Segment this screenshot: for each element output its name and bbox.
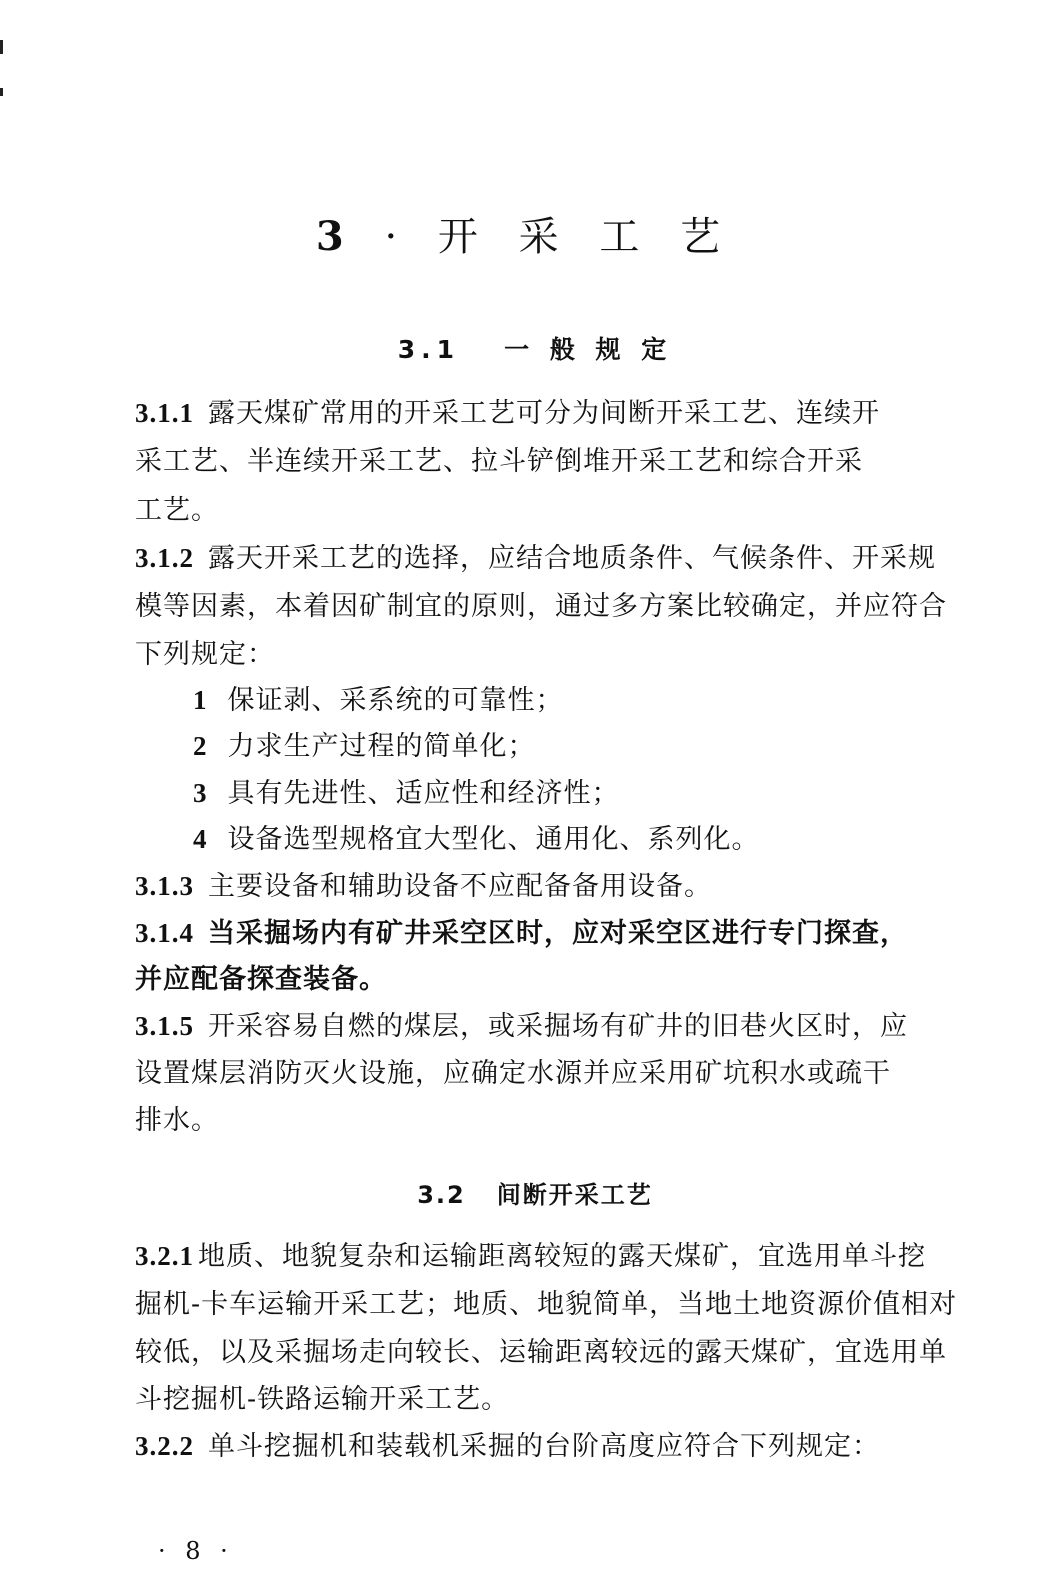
line-text: 模等因素，本着因矿制宜的原则，通过多方案比较确定，并应符合 — [135, 591, 947, 622]
page-number: · 8 · — [158, 1537, 234, 1565]
clause-number: 3.1.3 — [135, 871, 194, 901]
clause-3-1-3: 3.1.3主要设备和辅助设备不应配备备用设备。 — [135, 873, 712, 900]
section-title-3-2: 3.2 间断开采工艺 — [0, 1175, 1050, 1210]
clause-3-1-4: 3.1.4当采掘场内有矿井采空区时，应对采空区进行专门探查， — [135, 920, 908, 947]
paragraph-line: 较低，以及采掘场走向较长、运输距离较远的露天煤矿，宜选用单 — [135, 1339, 947, 1366]
list-item-text: 保证剥、采系统的可靠性； — [228, 685, 564, 716]
clause-number: 3.1.2 — [135, 543, 194, 573]
list-item: 1保证剥、采系统的可靠性； — [193, 687, 564, 714]
paragraph-line: 下列规定： — [135, 641, 275, 668]
clause-text: 地质、地貌复杂和运输距离较短的露天煤矿，宜选用单斗挖 — [198, 1241, 926, 1272]
clause-text: 主要设备和辅助设备不应配备备用设备。 — [208, 871, 712, 902]
line-text: 设置煤层消防灭火设施，应确定水源并应采用矿坑积水或疏干 — [135, 1058, 891, 1089]
paragraph-line: 斗挖掘机-铁路运输开采工艺。 — [135, 1386, 509, 1413]
paragraph-line: 排水。 — [135, 1107, 219, 1134]
line-text: 斗挖掘机-铁路运输开采工艺。 — [135, 1384, 509, 1415]
list-item: 2力求生产过程的简单化； — [193, 733, 536, 760]
clause-text: 单斗挖掘机和装载机采掘的台阶高度应符合下列规定： — [208, 1431, 880, 1462]
paragraph-line: 模等因素，本着因矿制宜的原则，通过多方案比较确定，并应符合 — [135, 593, 947, 620]
line-text: 并应配备探查装备。 — [135, 964, 387, 995]
chapter-title-text: 开 采 工 艺 — [438, 214, 734, 260]
list-item: 4设备选型规格宜大型化、通用化、系列化。 — [193, 826, 760, 853]
paragraph-line: 设置煤层消防灭火设施，应确定水源并应采用矿坑积水或疏干 — [135, 1060, 891, 1087]
clause-number: 3.2.2 — [135, 1431, 194, 1461]
list-item-number: 3 — [193, 778, 208, 808]
line-text: 工艺。 — [135, 495, 219, 526]
paragraph-line: 工艺。 — [135, 497, 219, 524]
paragraph-line: 采工艺、半连续开采工艺、拉斗铲倒堆开采工艺和综合开采 — [135, 448, 863, 475]
list-item-number: 4 — [193, 824, 208, 854]
clause-3-1-5: 3.1.5开采容易自燃的煤层，或采掘场有矿井的旧巷火区时，应 — [135, 1013, 908, 1040]
list-item-text: 具有先进性、适应性和经济性； — [228, 778, 620, 809]
line-text: 排水。 — [135, 1105, 219, 1136]
clause-3-1-2: 3.1.2露天开采工艺的选择，应结合地质条件、气候条件、开采规 — [135, 545, 936, 572]
clause-text: 开采容易自燃的煤层，或采掘场有矿井的旧巷火区时，应 — [208, 1011, 908, 1042]
chapter-number: 3 — [316, 213, 358, 260]
section-title-text: 间断开采工艺 — [497, 1181, 653, 1209]
section-title-3-1: 3.1 一 般 规 定 — [0, 330, 1050, 366]
paragraph-line: 并应配备探查装备。 — [135, 966, 387, 993]
clause-text: 露天煤矿常用的开采工艺可分为间断开采工艺、连续开 — [208, 398, 880, 429]
list-item-number: 1 — [193, 685, 208, 715]
line-text: 掘机-卡车运输开采工艺；地质、地貌简单，当地土地资源价值相对 — [135, 1289, 957, 1320]
clause-number: 3.1.5 — [135, 1011, 194, 1041]
paragraph-line: 掘机-卡车运输开采工艺；地质、地貌简单，当地土地资源价值相对 — [135, 1291, 957, 1318]
clause-3-2-1: 3.2.1地质、地貌复杂和运输距离较短的露天煤矿，宜选用单斗挖 — [135, 1243, 926, 1270]
clause-number: 3.2.1 — [135, 1241, 194, 1271]
line-text: 采工艺、半连续开采工艺、拉斗铲倒堆开采工艺和综合开采 — [135, 446, 863, 477]
line-text: 较低，以及采掘场走向较长、运输距离较远的露天煤矿，宜选用单 — [135, 1337, 947, 1368]
clause-number: 3.1.4 — [135, 918, 194, 948]
list-item-text: 力求生产过程的简单化； — [228, 731, 536, 762]
clause-number: 3.1.1 — [135, 398, 194, 428]
list-item-text: 设备选型规格宜大型化、通用化、系列化。 — [228, 824, 760, 855]
line-text: 下列规定： — [135, 639, 275, 670]
scan-edge-mark — [0, 88, 3, 96]
clause-3-2-2: 3.2.2单斗挖掘机和装载机采掘的台阶高度应符合下列规定： — [135, 1433, 880, 1460]
section-title-text: 一 般 规 定 — [504, 335, 672, 364]
chapter-title: 3 · 开 采 工 艺 — [0, 205, 1050, 262]
list-item: 3具有先进性、适应性和经济性； — [193, 780, 620, 807]
clause-text: 当采掘场内有矿井采空区时，应对采空区进行专门探查， — [208, 918, 908, 949]
clause-3-1-1: 3.1.1露天煤矿常用的开采工艺可分为间断开采工艺、连续开 — [135, 400, 880, 427]
scan-edge-mark — [0, 40, 3, 54]
section-number: 3.2 — [417, 1181, 466, 1209]
section-number: 3.1 — [398, 335, 460, 364]
list-item-number: 2 — [193, 731, 208, 761]
clause-text: 露天开采工艺的选择，应结合地质条件、气候条件、开采规 — [208, 543, 936, 574]
